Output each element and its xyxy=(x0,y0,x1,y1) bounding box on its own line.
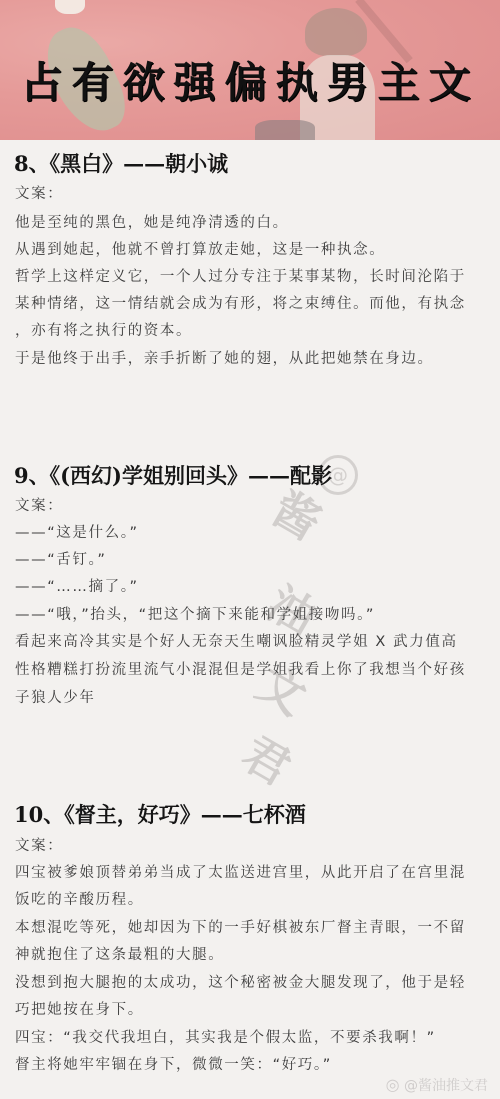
entry-line: 从遇到她起，他就不曾打算放走她，这是一种执念。 xyxy=(15,238,385,259)
entry-line: ，亦有将之执行的资本。 xyxy=(15,319,192,340)
entry-line: 哲学上这样定义它，一个人过分专注于某事某物，长时间沦陷于 xyxy=(15,265,466,286)
entry-line: ——“这是什么。” xyxy=(15,521,139,542)
entry-line: 没想到抱大腿抱的太成功，这个秘密被金大腿发现了，他于是轻 xyxy=(15,971,466,992)
flower-illustration xyxy=(55,0,85,14)
header-banner: 占有欲强偏执男主文 xyxy=(0,0,500,143)
entry-line: ——“哦，”抬头，“把这个摘下来能和学姐接吻吗。” xyxy=(15,603,375,624)
entry-title: 9、《(西幻)学姐别回头》——配影 xyxy=(14,460,332,490)
weibo-watermark: ◎ @酱油推文君 xyxy=(386,1075,488,1095)
weibo-handle: @酱油推文君 xyxy=(404,1078,488,1094)
weibo-logo-icon: ◎ xyxy=(386,1075,400,1094)
entry-line: 饭吃的辛酸历程。 xyxy=(15,888,144,909)
entry-line: 四宝被爹娘顶替弟弟当成了太监送进宫里，从此开启了在宫里混 xyxy=(15,861,466,882)
entry-line: 他是至纯的黑色，她是纯净清透的白。 xyxy=(15,211,289,232)
entry-line: 性格糟糕打扮流里流气小混混但是学姐我看上你了我想当个好孩 xyxy=(15,658,466,679)
entry-line: 子狼人少年 xyxy=(15,686,96,707)
entry-label: 文案： xyxy=(15,182,63,203)
entry-label: 文案： xyxy=(15,494,63,515)
entry-line: 四宝：“我交代我坦白，其实我是个假太监，不要杀我啊！” xyxy=(15,1026,436,1047)
entry-label: 文案： xyxy=(15,834,63,855)
entry-line: 看起来高冷其实是个好人无奈天生嘲讽脸精灵学姐 X 武力值高 xyxy=(15,630,458,651)
entry-line: 巧把她按在身下。 xyxy=(15,998,144,1019)
entry-line: 某种情绪，这一情结就会成为有形，将之束缚住。而他，有执念 xyxy=(15,292,466,313)
entry-line: ——“舌钉。” xyxy=(15,548,106,569)
watermark-char: 君 xyxy=(232,718,305,798)
character-illustration-head xyxy=(305,8,367,56)
entry-line: 本想混吃等死，她却因为下的一手好棋被东厂督主青眼，一不留 xyxy=(15,916,466,937)
entry-line: ——“……摘了。” xyxy=(15,575,139,596)
banner-divider xyxy=(0,140,500,143)
entry-title: 10、《督主，好巧》——七杯酒 xyxy=(14,799,306,829)
entry-line: 督主将她牢牢锢在身下，微微一笑：“好巧。” xyxy=(15,1053,332,1074)
entry-line: 于是他终于出手，亲手折断了她的翅，从此把她禁在身边。 xyxy=(15,347,434,368)
banner-title: 占有欲强偏执男主文 xyxy=(0,50,500,110)
entry-line: 神就抱住了这条最粗的大腿。 xyxy=(15,943,224,964)
entry-title: 8、《黑白》——朝小诚 xyxy=(14,148,228,178)
